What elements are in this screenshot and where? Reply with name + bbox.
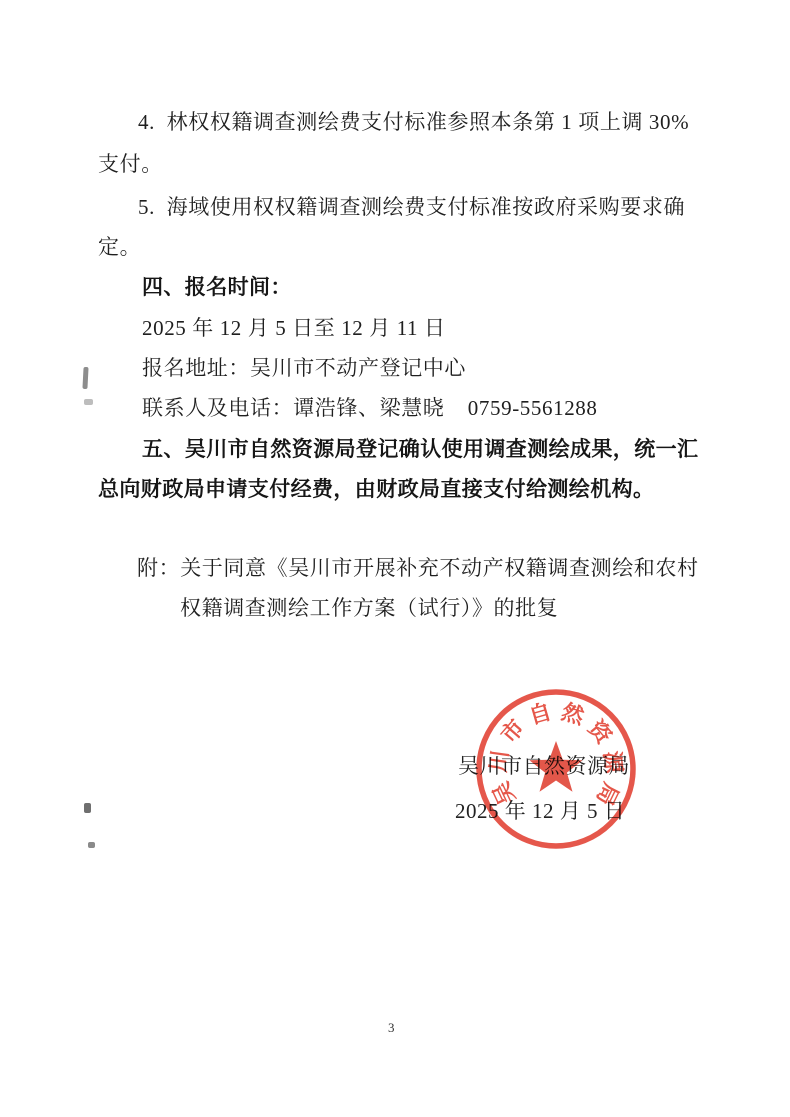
scan-artifact	[82, 367, 88, 389]
section5-line1: 五、吴川市自然资源局登记确认使用调查测绘成果，统一汇	[142, 436, 698, 464]
section5-line2: 总向财政局申请支付经费，由财政局直接支付给测绘机构。	[98, 476, 654, 504]
paragraph-item5-line1: 5. 海域使用权权籍调查测绘费支付标准按政府采购要求确	[138, 193, 685, 221]
seal-arc-char: 市	[496, 715, 529, 748]
attachment-line2: 权籍调查测绘工作方案（试行）》的批复	[180, 594, 558, 622]
scan-artifact	[88, 842, 95, 848]
seal-star	[529, 741, 582, 792]
page-number: 3	[388, 1020, 395, 1036]
contact-line: 联系人及电话：谭浩锋、梁慧晓 0759-5561288	[142, 394, 598, 422]
seal-arc-char: 资	[583, 716, 617, 750]
seal-arc-char: 川	[485, 748, 513, 773]
seal-arc-char: 自	[526, 699, 554, 729]
paragraph-item5-line2: 定。	[98, 233, 141, 261]
seal-arc-char: 源	[599, 750, 627, 776]
seal-arc-char: 吴	[488, 778, 520, 809]
registration-address: 报名地址：吴川市不动产登记中心	[142, 354, 466, 382]
scan-artifact	[84, 803, 91, 813]
seal-arc-char: 局	[592, 779, 624, 810]
paragraph-item4-line1: 4. 林权权籍调查测绘费支付标准参照本条第 1 项上调 30%	[138, 108, 689, 136]
registration-date-range: 2025 年 12 月 5 日至 12 月 11 日	[142, 314, 446, 342]
paragraph-item4-line2: 支付。	[98, 150, 163, 178]
attachment-line1: 附：关于同意《吴川市开展补充不动产权籍调查测绘和农村	[137, 554, 699, 582]
scanned-document-page: 4. 林权权籍调查测绘费支付标准参照本条第 1 项上调 30% 支付。 5. 海…	[0, 0, 790, 1117]
official-seal: 吴 川 市 自 然 资 源 局	[470, 683, 642, 855]
seal-arc-char: 然	[559, 699, 588, 730]
scan-artifact	[84, 399, 93, 405]
section4-heading: 四、报名时间：	[142, 274, 292, 302]
